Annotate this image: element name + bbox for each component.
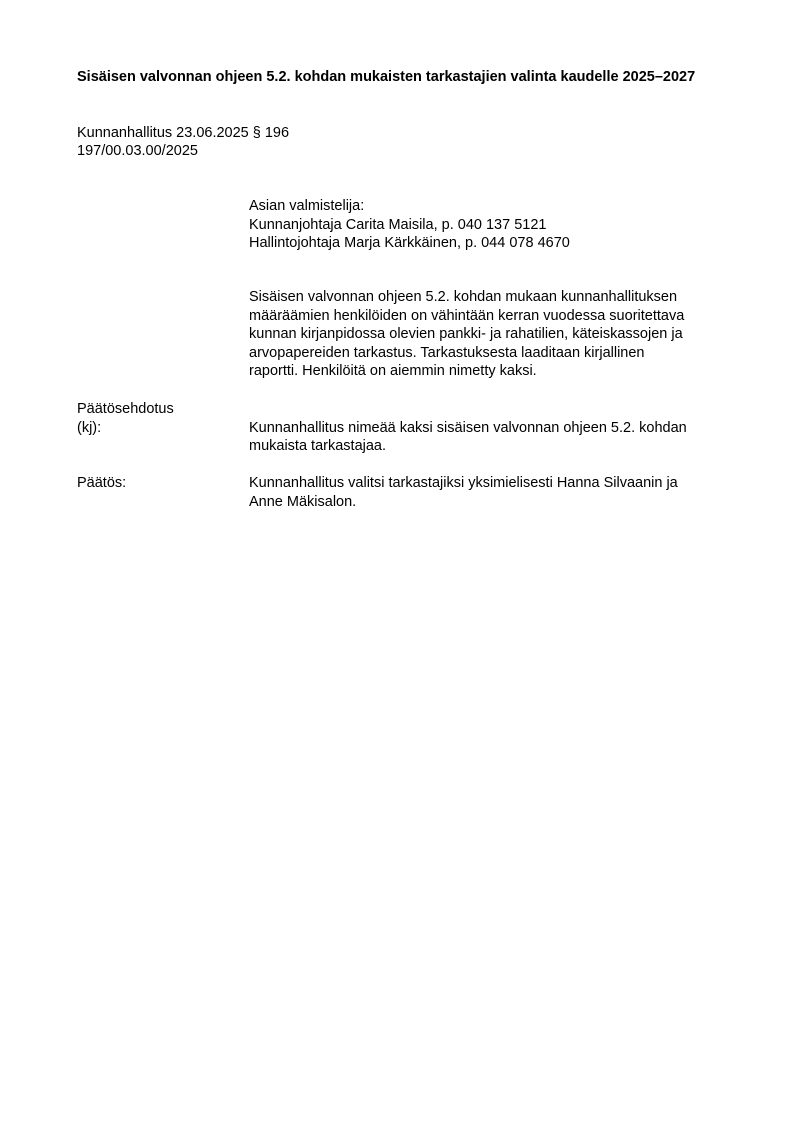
description-line: kunnan kirjanpidossa olevien pankki- ja … [249,325,739,344]
proposal-label-line: (kj): [77,419,174,438]
proposal-line: mukaista tarkastajaa. [249,437,739,456]
proposal-label: Päätösehdotus (kj): [77,400,174,437]
description-section: Sisäisen valvonnan ohjeen 5.2. kohdan mu… [249,288,739,381]
decision-line: Anne Mäkisalon. [249,493,739,512]
decision-text: Kunnanhallitus valitsi tarkastajiksi yks… [249,474,739,511]
proposal-label-line: Päätösehdotus [77,400,174,419]
document-title: Sisäisen valvonnan ohjeen 5.2. kohdan mu… [77,68,727,86]
meeting-reference: Kunnanhallitus 23.06.2025 § 196 [77,124,289,142]
preparer-heading: Asian valmistelija: [249,197,739,216]
preparer-section: Asian valmistelija: Kunnanjohtaja Carita… [249,197,739,253]
description-line: raportti. Henkilöitä on aiemmin nimetty … [249,362,739,381]
decision-line: Kunnanhallitus valitsi tarkastajiksi yks… [249,474,739,493]
proposal-line: Kunnanhallitus nimeää kaksi sisäisen val… [249,419,739,438]
description-line: määräämien henkilöiden on vähintään kerr… [249,307,739,326]
description-line: arvopapereiden tarkastus. Tarkastuksesta… [249,344,739,363]
description-line: Sisäisen valvonnan ohjeen 5.2. kohdan mu… [249,288,739,307]
preparer-line: Kunnanjohtaja Carita Maisila, p. 040 137… [249,216,739,235]
proposal-text: Kunnanhallitus nimeää kaksi sisäisen val… [249,419,739,456]
decision-label: Päätös: [77,474,126,493]
diary-number: 197/00.03.00/2025 [77,142,289,160]
meeting-meta: Kunnanhallitus 23.06.2025 § 196 197/00.0… [77,124,289,160]
preparer-line: Hallintojohtaja Marja Kärkkäinen, p. 044… [249,234,739,253]
